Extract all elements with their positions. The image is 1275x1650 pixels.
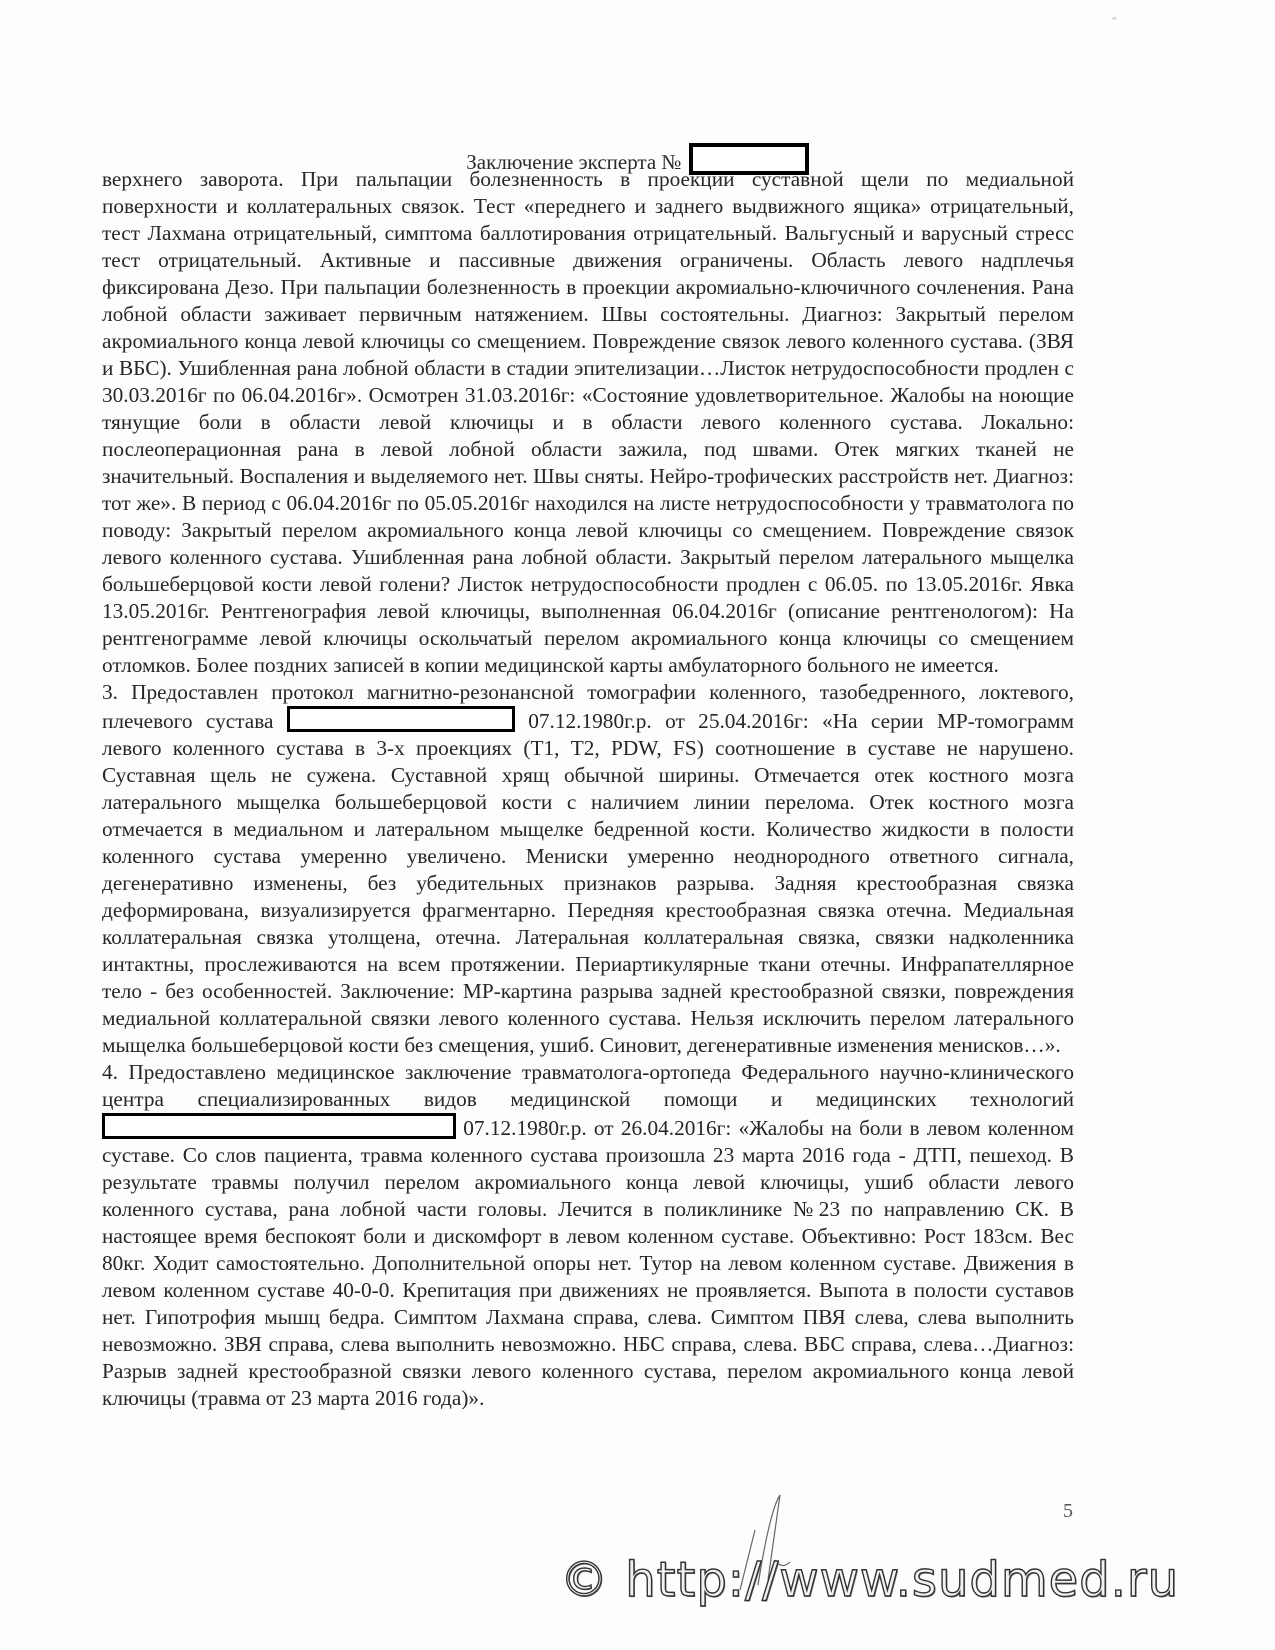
paragraph-outpatient-record: верхнего заворота. При пальпации болезне… — [102, 166, 1074, 679]
redaction-box-patient-name — [102, 1113, 456, 1139]
document-body: верхнего заворота. При пальпации болезне… — [102, 166, 1074, 1412]
ortho-intro-text: 4. Предоставлено медицинское заключение … — [102, 1060, 1074, 1111]
redaction-box-patient-name — [287, 706, 515, 732]
mri-details-text: 07.12.1980г.р. от 25.04.2016г: «На серии… — [102, 709, 1074, 1057]
paragraph-orthopedic-conclusion: 4. Предоставлено медицинское заключение … — [102, 1059, 1074, 1412]
watermark-link: © http://www.sudmed.ru — [560, 1552, 1179, 1608]
paragraph-mri-protocol: 3. Предоставлен протокол магнитно-резона… — [102, 679, 1074, 1059]
ortho-details-text: 07.12.1980г.р. от 26.04.2016г: «Жалобы н… — [102, 1116, 1074, 1410]
page-number: 5 — [1063, 1500, 1073, 1523]
document-page: ˆ Заключение эксперта № верхнего заворот… — [0, 0, 1275, 1650]
scan-artifact: ˆ — [1112, 16, 1117, 32]
